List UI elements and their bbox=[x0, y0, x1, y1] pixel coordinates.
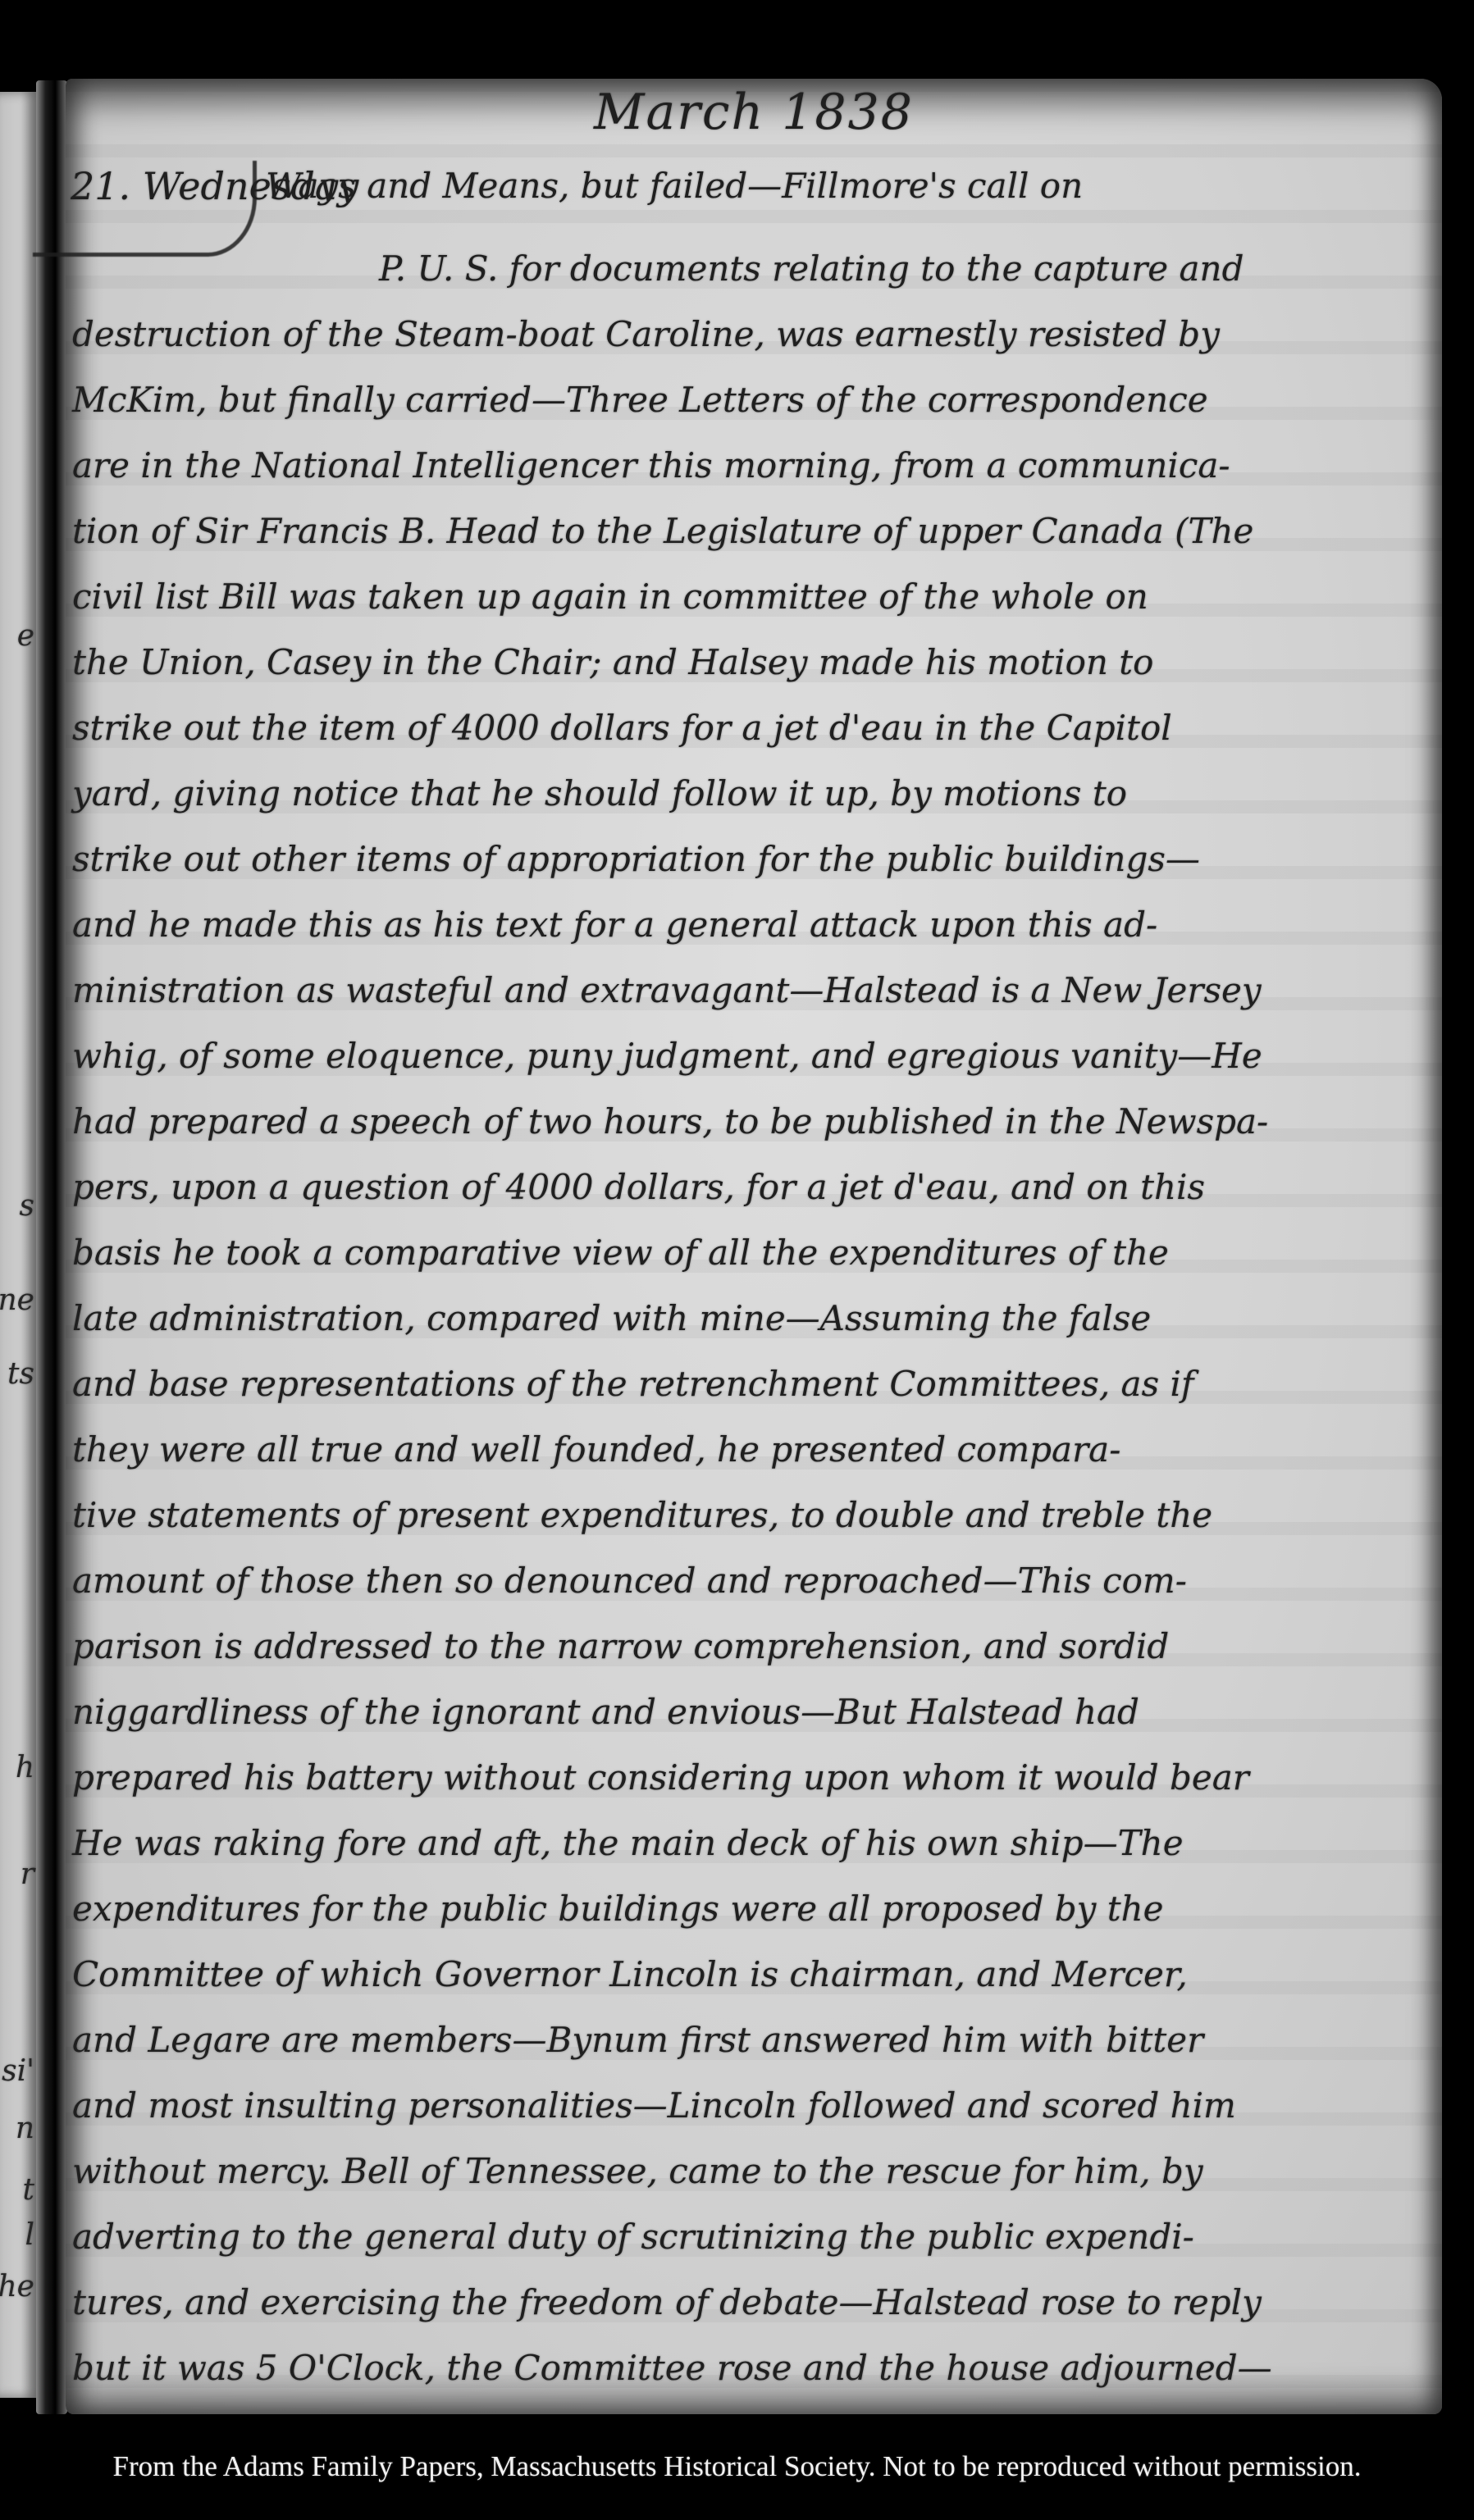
manuscript-line: they were all true and well founded, he … bbox=[72, 1417, 1437, 1483]
manuscript-line: tures, and exercising the freedom of deb… bbox=[72, 2270, 1437, 2335]
manuscript-line: but it was 5 O'Clock, the Committee rose… bbox=[72, 2335, 1437, 2401]
manuscript-line: and most insulting personalities—Lincoln… bbox=[72, 2073, 1437, 2139]
manuscript-line: and base representations of the retrench… bbox=[72, 1351, 1437, 1417]
manuscript-line: parison is addressed to the narrow compr… bbox=[72, 1614, 1437, 1679]
page-title: March 1838 bbox=[66, 84, 1442, 141]
facing-page-sliver: esnetshrsi'ntlthe bbox=[0, 92, 38, 2398]
manuscript-line: tive statements of present expenditures,… bbox=[72, 1483, 1437, 1548]
margin-text-fragment: s bbox=[20, 1189, 34, 1223]
entry-first-line: Ways and Means, but failed—Fillmore's ca… bbox=[266, 162, 1439, 210]
manuscript-line: the Union, Casey in the Chair; and Halse… bbox=[72, 630, 1437, 695]
manuscript-scan: esnetshrsi'ntlthe March 1838 21. Wednesd… bbox=[0, 0, 1474, 2520]
manuscript-line: amount of those then so denounced and re… bbox=[72, 1548, 1437, 1614]
margin-text-fragment: r bbox=[21, 1857, 34, 1891]
manuscript-line: tion of Sir Francis B. Head to the Legis… bbox=[72, 499, 1437, 564]
binding-gutter bbox=[36, 80, 67, 2414]
margin-text-fragment: the bbox=[0, 2270, 34, 2304]
margin-text-fragment: l bbox=[25, 2218, 34, 2252]
manuscript-line: Committee of which Governor Lincoln is c… bbox=[72, 1942, 1437, 2007]
manuscript-line: without mercy. Bell of Tennessee, came t… bbox=[72, 2139, 1437, 2204]
manuscript-line: niggardliness of the ignorant and enviou… bbox=[72, 1679, 1437, 1745]
manuscript-line: and Legare are members—Bynum first answe… bbox=[72, 2007, 1437, 2073]
manuscript-line: expenditures for the public buildings we… bbox=[72, 1876, 1437, 1942]
manuscript-lines: P. U. S. for documents relating to the c… bbox=[72, 236, 1437, 2401]
manuscript-line: prepared his battery without considering… bbox=[72, 1745, 1437, 1811]
margin-text-fragment: n bbox=[16, 2112, 34, 2145]
margin-text-fragment: t bbox=[23, 2173, 34, 2207]
manuscript-line: and he made this as his text for a gener… bbox=[72, 892, 1437, 958]
manuscript-line: pers, upon a question of 4000 dollars, f… bbox=[72, 1155, 1437, 1220]
manuscript-line: strike out other items of appropriation … bbox=[72, 827, 1437, 892]
manuscript-line: ministration as wasteful and extravagant… bbox=[72, 958, 1437, 1023]
manuscript-line: basis he took a comparative view of all … bbox=[72, 1220, 1437, 1286]
margin-text-fragment: ne bbox=[0, 1283, 34, 1317]
archive-caption: From the Adams Family Papers, Massachuse… bbox=[0, 2450, 1474, 2483]
manuscript-line: yard, giving notice that he should follo… bbox=[72, 761, 1437, 827]
manuscript-line: adverting to the general duty of scrutin… bbox=[72, 2204, 1437, 2270]
manuscript-line: He was raking fore and aft, the main dec… bbox=[72, 1811, 1437, 1876]
margin-text-fragment: ts bbox=[7, 1357, 34, 1391]
margin-text-fragment: h bbox=[16, 1751, 34, 1784]
manuscript-line: P. U. S. for documents relating to the c… bbox=[72, 236, 1437, 302]
manuscript-line: late administration, compared with mine—… bbox=[72, 1286, 1437, 1351]
margin-text-fragment: e bbox=[17, 619, 34, 653]
manuscript-line: strike out the item of 4000 dollars for … bbox=[72, 695, 1437, 761]
manuscript-line: destruction of the Steam-boat Caroline, … bbox=[72, 302, 1437, 367]
manuscript-line: civil list Bill was taken up again in co… bbox=[72, 564, 1437, 630]
manuscript-line: are in the National Intelligencer this m… bbox=[72, 433, 1437, 499]
margin-text-fragment: si' bbox=[2, 2054, 34, 2088]
manuscript-line: McKim, but finally carried—Three Letters… bbox=[72, 367, 1437, 433]
manuscript-line: whig, of some eloquence, puny judgment, … bbox=[72, 1023, 1437, 1089]
manuscript-line: had prepared a speech of two hours, to b… bbox=[72, 1089, 1437, 1155]
